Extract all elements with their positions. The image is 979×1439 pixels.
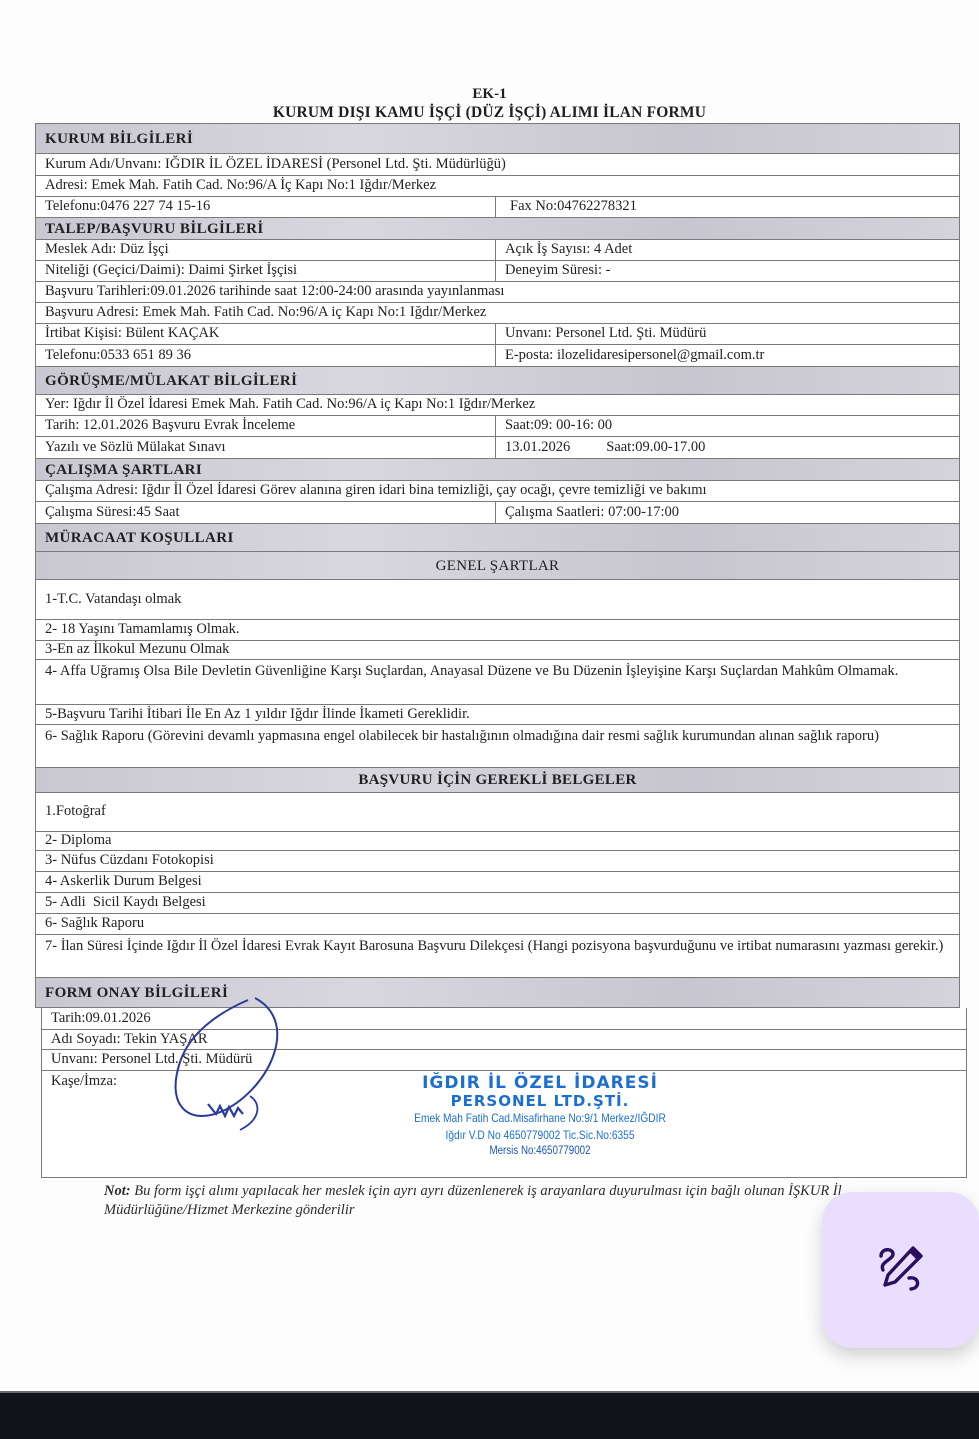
field-review-time: Saat:09: 00-16: 00 (495, 416, 959, 436)
document-text: 4- Askerlik Durum Belgesi (36, 872, 959, 892)
section-title: GÖRÜŞME/MÜLAKAT BİLGİLERİ (36, 367, 959, 394)
document-text: 2- Diploma (36, 832, 959, 850)
stamp-line: Emek Mah Fatih Cad.Misafirhane No:9/1 Me… (404, 1111, 676, 1125)
list-item: 7- İlan Süresi İçinde Iğdır İl Özel İdar… (35, 935, 960, 978)
annex-label: EK-1 (0, 86, 979, 103)
field-exam-schedule: 13.01.2026 Saat:09.00-17.00 (495, 437, 959, 458)
condition-text: 3-En az İlkokul Mezunu Olmak (36, 641, 959, 659)
condition-text: 2- 18 Yaşını Tamamlamış Olmak. (36, 620, 959, 640)
list-item: 1.Fotoğraf (35, 793, 960, 832)
draw-pen-icon (873, 1242, 929, 1298)
exam-date: 13.01.2026 (505, 439, 570, 456)
company-stamp: IĞDIR İL ÖZEL İDARESİ PERSONEL LTD.ŞTİ. … (380, 1073, 700, 1157)
note-text: Bu form işçi alımı yapılacak her meslek … (104, 1183, 842, 1218)
section-title: ÇALIŞMA ŞARTLARI (36, 459, 959, 480)
condition-text: 4- Affa Uğramış Olsa Bile Devletin Güven… (36, 660, 959, 704)
section-header-muracaat: MÜRACAAT KOŞULLARI (35, 524, 960, 552)
field-occupation: Meslek Adı: Düz İşçi (36, 240, 169, 260)
field-interview-place: Yer: Iğdır İl Özel İdaresi Emek Mah. Fat… (36, 395, 959, 415)
row-contact: İrtibat Kişisi: Bülent KAÇAK Unvanı: Per… (35, 324, 960, 345)
field-kurum-name: Kurum Adı/Unvanı: IĞDIR İL ÖZEL İDARESİ … (36, 154, 959, 175)
list-item: 4- Affa Uğramış Olsa Bile Devletin Güven… (35, 660, 960, 705)
document-text: 5- Adli Sicil Kaydı Belgesi (36, 893, 959, 913)
field-exam: Yazılı ve Sözlü Mülakat Sınavı (36, 437, 226, 458)
condition-text: 5-Başvuru Tarihi İtibari İle En Az 1 yıl… (36, 705, 959, 724)
row-kurum-name: Kurum Adı/Unvanı: IĞDIR İL ÖZEL İDARESİ … (35, 154, 960, 176)
row-application-dates: Başvuru Tarihleri:09.01.2026 tarihinde s… (35, 282, 960, 303)
list-item: 1-T.C. Vatandaşı olmak (35, 580, 960, 620)
row-work-duration: Çalışma Süresi:45 Saat Çalışma Saatleri:… (35, 502, 960, 524)
field-nature: Niteliği (Geçici/Daimi): Daimi Şirket İş… (36, 261, 297, 281)
section-header-calisma: ÇALIŞMA ŞARTLARI (35, 459, 960, 481)
row-interview-place: Yer: Iğdır İl Özel İdaresi Emek Mah. Fat… (35, 395, 960, 416)
list-item: 3-En az İlkokul Mezunu Olmak (35, 641, 960, 660)
field-approver-title: Unvanı: Personel Ltd. Şti. Müdürü (42, 1050, 966, 1070)
list-item: 3- Nüfus Cüzdanı Fotokopisi (35, 851, 960, 872)
field-kurum-address: Adresi: Emek Mah. Fatih Cad. No:96/A İç … (36, 176, 959, 196)
field-open-positions: Açık İş Sayısı: 4 Adet (495, 240, 959, 260)
section-header-gorusme: GÖRÜŞME/MÜLAKAT BİLGİLERİ (35, 367, 960, 395)
row-nature: Niteliği (Geçici/Daimi): Daimi Şirket İş… (35, 261, 960, 282)
footnote: Not: Bu form işçi alımı yapılacak her me… (104, 1182, 894, 1220)
section-header-onay: FORM ONAY BİLGİLERİ (35, 978, 960, 1008)
note-label: Not: (104, 1183, 131, 1199)
section-title: FORM ONAY BİLGİLERİ (36, 978, 959, 1007)
document-title: KURUM DIŞI KAMU İŞÇİ (DÜZ İŞÇİ) ALIMI İL… (0, 104, 979, 122)
annotate-button[interactable] (822, 1192, 979, 1348)
field-kurum-phone: Telefonu:0476 227 74 15-16 (36, 197, 210, 217)
subsection-title: BAŞVURU İÇİN GEREKLİ BELGELER (36, 768, 959, 792)
field-approval-date: Tarih:09.01.2026 (42, 1008, 966, 1029)
stamp-line: PERSONEL LTD.ŞTİ. (380, 1092, 700, 1110)
document-text: 7- İlan Süresi İçinde Iğdır İl Özel İdar… (36, 935, 959, 977)
row-approver-name: Adı Soyadı: Tekin YAŞAR (41, 1030, 967, 1050)
list-item: 6- Sağlık Raporu (35, 914, 960, 935)
field-contact-person: İrtibat Kişisi: Bülent KAÇAK (36, 324, 219, 344)
list-item: 4- Askerlik Durum Belgesi (35, 872, 960, 893)
field-contact-title: Unvanı: Personel Ltd. Şti. Müdürü (495, 324, 959, 344)
email-link[interactable]: E-posta: ilozelidaresipersonel@gmail.com… (495, 345, 959, 366)
section-header-talep: TALEP/BAŞVURU BİLGİLERİ (35, 218, 960, 240)
list-item: 6- Sağlık Raporu (Görevini devamlı yapma… (35, 725, 960, 768)
field-work-address: Çalışma Adresi: Iğdır İl Özel İdaresi Gö… (36, 481, 959, 501)
document-text: 3- Nüfus Cüzdanı Fotokopisi (36, 851, 959, 871)
stamp-line: Iğdır V.D No 4650779002 Tic.Sic.No:6355 (404, 1128, 676, 1142)
document-text: 6- Sağlık Raporu (36, 914, 959, 934)
row-work-address: Çalışma Adresi: Iğdır İl Özel İdaresi Gö… (35, 481, 960, 502)
field-work-hours: Çalışma Saatleri: 07:00-17:00 (495, 502, 959, 523)
row-exam: Yazılı ve Sözlü Mülakat Sınavı 13.01.202… (35, 437, 960, 459)
field-approver-name: Adı Soyadı: Tekin YAŞAR (42, 1030, 966, 1049)
stamp-line: IĞDIR İL ÖZEL İDARESİ (380, 1073, 700, 1093)
field-application-dates: Başvuru Tarihleri:09.01.2026 tarihinde s… (36, 282, 959, 302)
row-review-date: Tarih: 12.01.2026 Başvuru Evrak İnceleme… (35, 416, 960, 437)
section-title: TALEP/BAŞVURU BİLGİLERİ (36, 218, 959, 239)
section-header-kurum: KURUM BİLGİLERİ (35, 123, 960, 154)
list-item: 2- 18 Yaşını Tamamlamış Olmak. (35, 620, 960, 641)
exam-time: Saat:09.00-17.00 (606, 439, 705, 456)
field-contact-phone: Telefonu:0533 651 89 36 (36, 345, 191, 366)
navigation-bar (0, 1391, 979, 1439)
field-review-date: Tarih: 12.01.2026 Başvuru Evrak İnceleme (36, 416, 295, 436)
subheader-required-documents: BAŞVURU İÇİN GEREKLİ BELGELER (35, 768, 960, 793)
field-work-duration: Çalışma Süresi:45 Saat (36, 502, 180, 523)
condition-text: 1-T.C. Vatandaşı olmak (36, 580, 959, 619)
section-title: MÜRACAAT KOŞULLARI (36, 524, 959, 551)
document-text: 1.Fotoğraf (36, 793, 959, 831)
subsection-title: GENEL ŞARTLAR (36, 552, 959, 579)
condition-text: 6- Sağlık Raporu (Görevini devamlı yapma… (36, 725, 959, 767)
row-approval-date: Tarih:09.01.2026 (41, 1008, 967, 1030)
section-title: KURUM BİLGİLERİ (36, 124, 959, 153)
list-item: 5-Başvuru Tarihi İtibari İle En Az 1 yıl… (35, 705, 960, 725)
list-item: 2- Diploma (35, 832, 960, 851)
field-kurum-fax: Fax No:04762278321 (495, 197, 959, 217)
row-approver-title: Unvanı: Personel Ltd. Şti. Müdürü (41, 1050, 967, 1071)
subheader-general-conditions: GENEL ŞARTLAR (35, 552, 960, 580)
list-item: 5- Adli Sicil Kaydı Belgesi (35, 893, 960, 914)
field-application-address: Başvuru Adresi: Emek Mah. Fatih Cad. No:… (36, 303, 959, 323)
row-kurum-address: Adresi: Emek Mah. Fatih Cad. No:96/A İç … (35, 176, 960, 197)
field-experience: Deneyim Süresi: - (495, 261, 959, 281)
stamp-line: Mersis No:4650779002 (404, 1145, 676, 1157)
row-contact-phone: Telefonu:0533 651 89 36 E-posta: ilozeli… (35, 345, 960, 367)
row-occupation: Meslek Adı: Düz İşçi Açık İş Sayısı: 4 A… (35, 240, 960, 261)
row-application-address: Başvuru Adresi: Emek Mah. Fatih Cad. No:… (35, 303, 960, 324)
row-kurum-phone: Telefonu:0476 227 74 15-16 Fax No:047622… (35, 197, 960, 218)
